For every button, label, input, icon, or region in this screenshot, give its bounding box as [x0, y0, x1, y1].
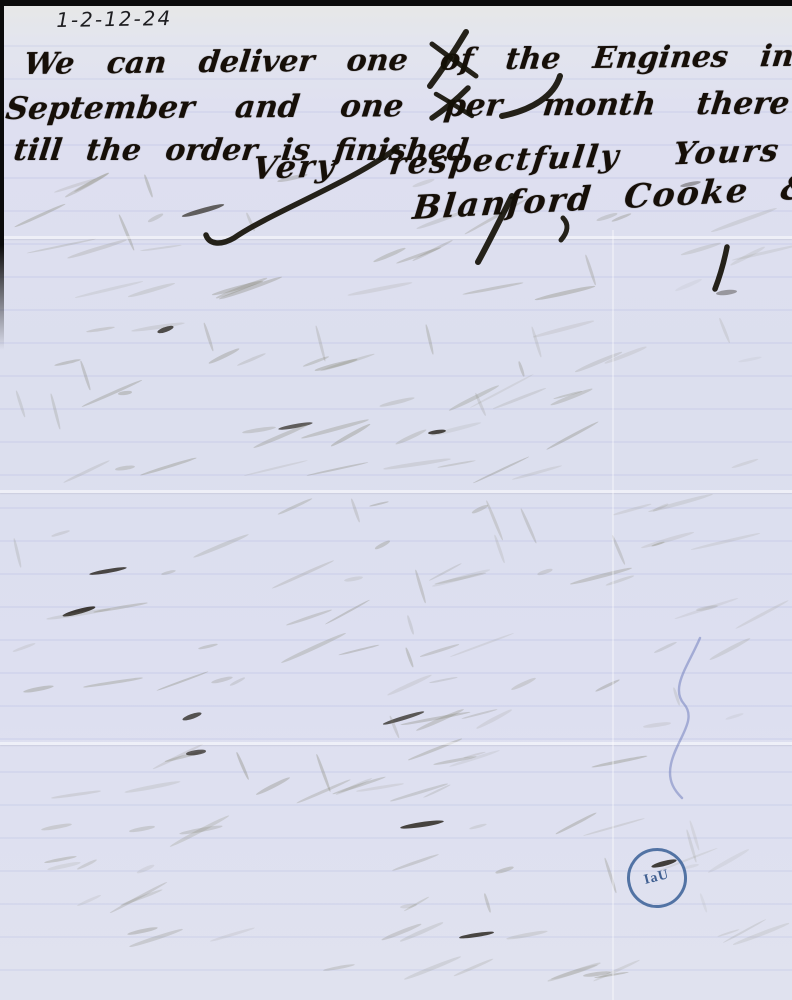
bleed-stroke: [81, 379, 142, 409]
bleed-stroke: [83, 676, 143, 688]
bleed-stroke: [351, 499, 361, 524]
bleed-stroke: [448, 384, 500, 413]
scan-edge-top: [0, 0, 792, 6]
bleed-stroke: [519, 508, 536, 543]
fold-crease: [0, 742, 792, 745]
bleed-stroke: [63, 459, 110, 484]
bleed-stroke: [118, 214, 135, 251]
bleed-stroke: [93, 602, 148, 614]
bleed-stroke: [530, 326, 542, 357]
bleed-stroke: [15, 391, 26, 418]
bleed-stroke: [374, 540, 390, 552]
bleed-stroke: [129, 824, 155, 833]
bleed-stroke: [414, 569, 426, 603]
bleed-stroke: [182, 711, 202, 722]
bleed-stroke: [453, 958, 493, 978]
bleed-stroke: [179, 824, 223, 836]
bleed-stroke: [50, 393, 62, 430]
letter-line-2: September and one per month there after: [4, 85, 792, 127]
bleed-stroke: [14, 203, 66, 229]
stamp-text: IaU: [643, 867, 672, 889]
bleed-stroke: [495, 865, 515, 875]
bleed-stroke: [79, 360, 91, 391]
bleed-stroke: [412, 239, 453, 262]
bleed-stroke: [483, 893, 491, 913]
bleed-stroke: [136, 863, 155, 874]
bleed-stroke: [518, 361, 525, 377]
bleed-stroke: [407, 615, 415, 635]
bleed-stroke: [192, 532, 248, 559]
bleed-stroke: [612, 502, 652, 516]
bleed-stroke: [583, 817, 645, 837]
bleed-stroke: [675, 597, 740, 621]
bleed-stroke: [306, 462, 368, 477]
bleed-stroke: [386, 673, 432, 697]
bleed-stroke: [244, 459, 309, 477]
bleed-stroke: [277, 498, 313, 517]
bleed-stroke: [469, 823, 487, 831]
bleed-stroke: [140, 244, 182, 252]
bleed-stroke: [534, 284, 595, 302]
bleed-stroke: [731, 458, 758, 470]
bleed-stroke: [595, 678, 621, 693]
bleed-stroke: [127, 925, 158, 936]
bleed-stroke: [323, 963, 355, 972]
bleed-stroke: [23, 684, 54, 694]
bleed-stroke: [400, 819, 445, 831]
bleed-stroke: [54, 358, 81, 367]
bleed-stroke: [718, 317, 730, 343]
bleed-stroke: [139, 456, 196, 477]
bleed-stroke: [202, 322, 213, 351]
bleed-stroke: [506, 929, 548, 941]
bleed-stroke: [462, 281, 524, 296]
bleed-stroke: [654, 641, 678, 655]
bleed-stroke: [425, 325, 434, 355]
bleed-stroke: [405, 647, 414, 668]
fold-crease-vertical: [612, 230, 614, 1000]
bleed-stroke: [707, 848, 749, 874]
bleed-stroke: [89, 566, 127, 577]
bleed-stroke: [429, 676, 458, 684]
bleed-stroke: [647, 492, 713, 514]
fold-crease: [0, 236, 792, 239]
bleed-stroke: [735, 599, 789, 630]
bleed-stroke: [643, 721, 671, 728]
bleed-stroke: [605, 574, 634, 587]
bleed-stroke: [459, 931, 494, 940]
scan-edge-left: [0, 0, 4, 350]
bleed-stroke: [272, 559, 335, 590]
bleed-stroke: [147, 212, 163, 223]
bleed-stroke: [471, 503, 489, 515]
bleed-stroke: [680, 241, 721, 257]
bleed-stroke: [197, 643, 217, 651]
bleed-stroke: [256, 776, 292, 797]
fold-crease: [0, 490, 792, 493]
bleed-stroke: [181, 202, 225, 219]
bleed-stroke: [392, 853, 439, 872]
bleed-stroke: [532, 319, 593, 339]
bleed-stroke: [51, 789, 101, 799]
bleed-stroke: [699, 893, 708, 913]
bleed-stroke: [157, 670, 210, 691]
bleed-stroke: [161, 569, 176, 576]
bleed-stroke: [674, 278, 702, 293]
bleed-stroke: [120, 888, 163, 907]
bleed-stroke: [209, 926, 255, 943]
bleed-stroke: [76, 858, 97, 871]
bleed-stroke: [592, 754, 649, 769]
bleed-stroke: [347, 280, 412, 297]
bleed-stroke: [511, 464, 562, 481]
bleed-stroke: [691, 532, 761, 551]
bleed-stroke: [493, 534, 505, 563]
bleed-stroke: [738, 356, 762, 364]
bleed-stroke: [716, 289, 737, 297]
bleed-stroke: [404, 954, 462, 980]
bleed-stroke: [473, 456, 530, 484]
bleed-stroke: [12, 642, 35, 653]
bleed-stroke: [709, 636, 751, 661]
bleed-stroke: [343, 575, 362, 583]
bleed-stroke: [13, 538, 22, 568]
bleed-stroke: [593, 958, 641, 982]
bleed-stroke: [236, 352, 266, 367]
bleed-stroke: [325, 599, 371, 626]
bleed-stroke: [115, 464, 135, 472]
bleed-stroke: [574, 351, 622, 374]
bleed-stroke: [246, 213, 256, 232]
bleed-stroke: [379, 395, 415, 408]
bleed-stroke: [41, 822, 72, 831]
bleed-stroke: [725, 712, 744, 721]
bleed-stroke: [510, 677, 536, 692]
bleed-stroke: [584, 255, 596, 286]
bleed-stroke: [729, 245, 765, 267]
bleed-stroke: [394, 428, 426, 446]
archival-annotation: 1-2-12-24: [56, 6, 172, 32]
bleed-stroke: [555, 811, 597, 835]
letter-page: 1-2-12-24 We can deliver one of the Engi…: [0, 0, 792, 1000]
bleed-stroke: [86, 325, 115, 333]
bleed-stroke: [641, 530, 695, 550]
bleed-stroke: [124, 780, 180, 795]
bleed-stroke: [280, 632, 346, 665]
bleed-stroke: [77, 894, 102, 907]
bleed-stroke: [143, 174, 153, 198]
bleed-stroke: [537, 568, 553, 577]
bleed-stroke: [546, 420, 600, 451]
bleed-stroke: [242, 425, 276, 434]
bleed-stroke: [235, 752, 249, 780]
bleed-stroke: [369, 501, 389, 508]
bleed-stroke: [51, 529, 70, 537]
bleed-stroke: [383, 457, 451, 471]
bleed-stroke: [338, 644, 379, 656]
bleed-stroke: [450, 632, 514, 658]
bleed-stroke: [603, 858, 617, 894]
bleed-stroke: [673, 687, 681, 705]
bleed-stroke: [570, 565, 633, 586]
